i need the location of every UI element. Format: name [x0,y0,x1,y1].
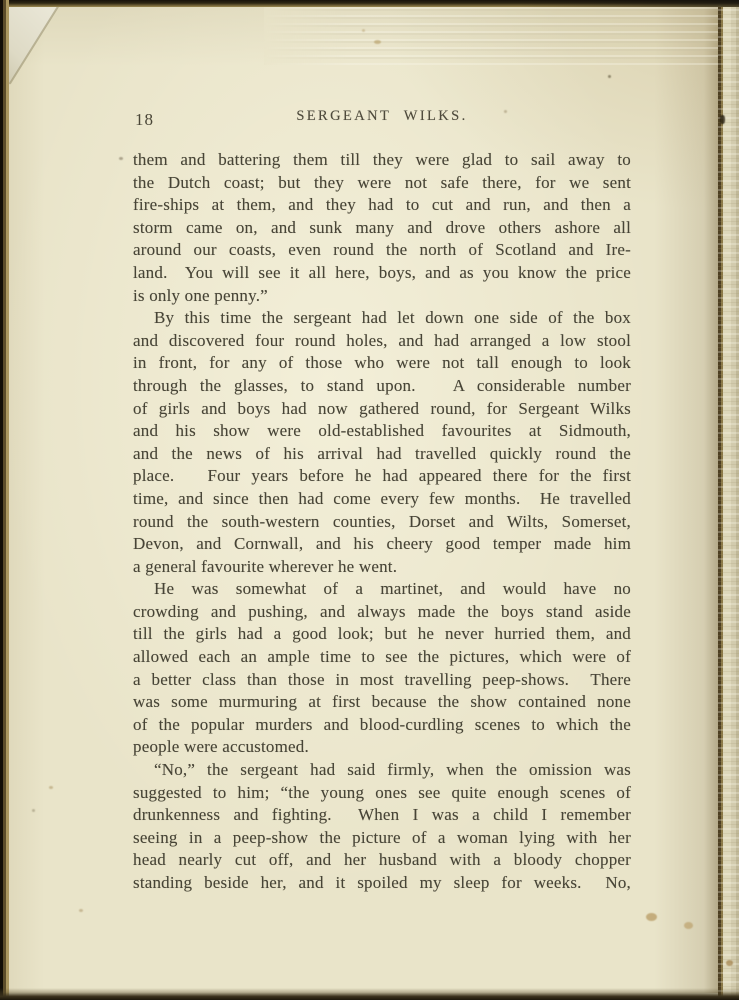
paragraph: “No,” the sergeant had said firmly, when… [133,759,631,895]
running-head: 18 SERGEANT WILKS. [133,108,631,132]
text-line: He was somewhat of a martinet, and would… [133,578,631,601]
foxing-spot [374,40,381,44]
foxing-spot [646,913,657,921]
page-scan: 18 SERGEANT WILKS. them and battering th… [9,7,718,993]
foxing-spot [362,29,365,32]
text-line: suggested to him; “the young ones see qu… [133,782,631,805]
text-line: was some murmuring at first because the … [133,691,631,714]
foxing-spot [32,809,35,812]
text-line: a better class than those in most travel… [133,669,631,692]
text-line: and the news of his arrival had travelle… [133,443,631,466]
book-edge-left [0,0,9,1000]
text-line: in front, for any of those who were not … [133,352,631,375]
foxing-spot [119,157,123,160]
text-line: and his show were old-established favour… [133,420,631,443]
text-line: around our coasts, even round the north … [133,239,631,262]
book-scan: 18 SERGEANT WILKS. them and battering th… [0,0,739,1000]
text-line: crowding and pushing, and always made th… [133,601,631,624]
text-line: the Dutch coast; but they were not safe … [133,172,631,195]
book-page-block-edge [718,0,739,1000]
text-line: is only one penny.” [133,285,631,308]
text-line: Devon, and Cornwall, and his cheery good… [133,533,631,556]
page-number: 18 [135,110,154,130]
text-line: land. You will see it all here, boys, an… [133,262,631,285]
text-line: of the popular murders and blood-curdlin… [133,714,631,737]
text-line: place. Four years before he had appeared… [133,465,631,488]
text-line: storm came on, and sunk many and drove o… [133,217,631,240]
text-line: By this time the sergeant had let down o… [133,307,631,330]
foxing-spot [608,75,611,78]
text-line: through the glasses, to stand upon. A co… [133,375,631,398]
text-line: time, and since then had come every few … [133,488,631,511]
page-title: SERGEANT WILKS. [133,108,631,125]
book-edge-bottom [0,988,739,1000]
foxing-spot [504,110,507,113]
text-line: “No,” the sergeant had said firmly, when… [133,759,631,782]
foxing-spot [684,922,693,929]
text-line: seeing in a peep-show the picture of a w… [133,827,631,850]
text-line: standing beside her, and it spoiled my s… [133,872,631,895]
text-line: drunkenness and fighting. When I was a c… [133,804,631,827]
page-edge-streaks [264,7,718,65]
text-line: round the south-western counties, Dorset… [133,511,631,534]
text-line: till the girls had a good look; but he n… [133,623,631,646]
body-text: them and battering them till they were g… [133,149,631,895]
text-line: them and battering them till they were g… [133,149,631,172]
paragraph: them and battering them till they were g… [133,149,631,307]
text-line: and discovered four round holes, and had… [133,330,631,353]
foxing-spot [79,909,83,912]
text-line: of girls and boys had now gathered round… [133,398,631,421]
text-line: fire-ships at them, and they had to cut … [133,194,631,217]
text-line: people were accustomed. [133,736,631,759]
book-edge-top [0,0,739,7]
paragraph: He was somewhat of a martinet, and would… [133,578,631,759]
text-line: allowed each an ample time to see the pi… [133,646,631,669]
foxing-spot [726,960,733,966]
paragraph: By this time the sergeant had let down o… [133,307,631,578]
foxing-spot [720,115,725,124]
foxing-spot [49,786,53,789]
text-line: head nearly cut off, and her husband wit… [133,849,631,872]
text-line: a general favourite wherever he went. [133,556,631,579]
